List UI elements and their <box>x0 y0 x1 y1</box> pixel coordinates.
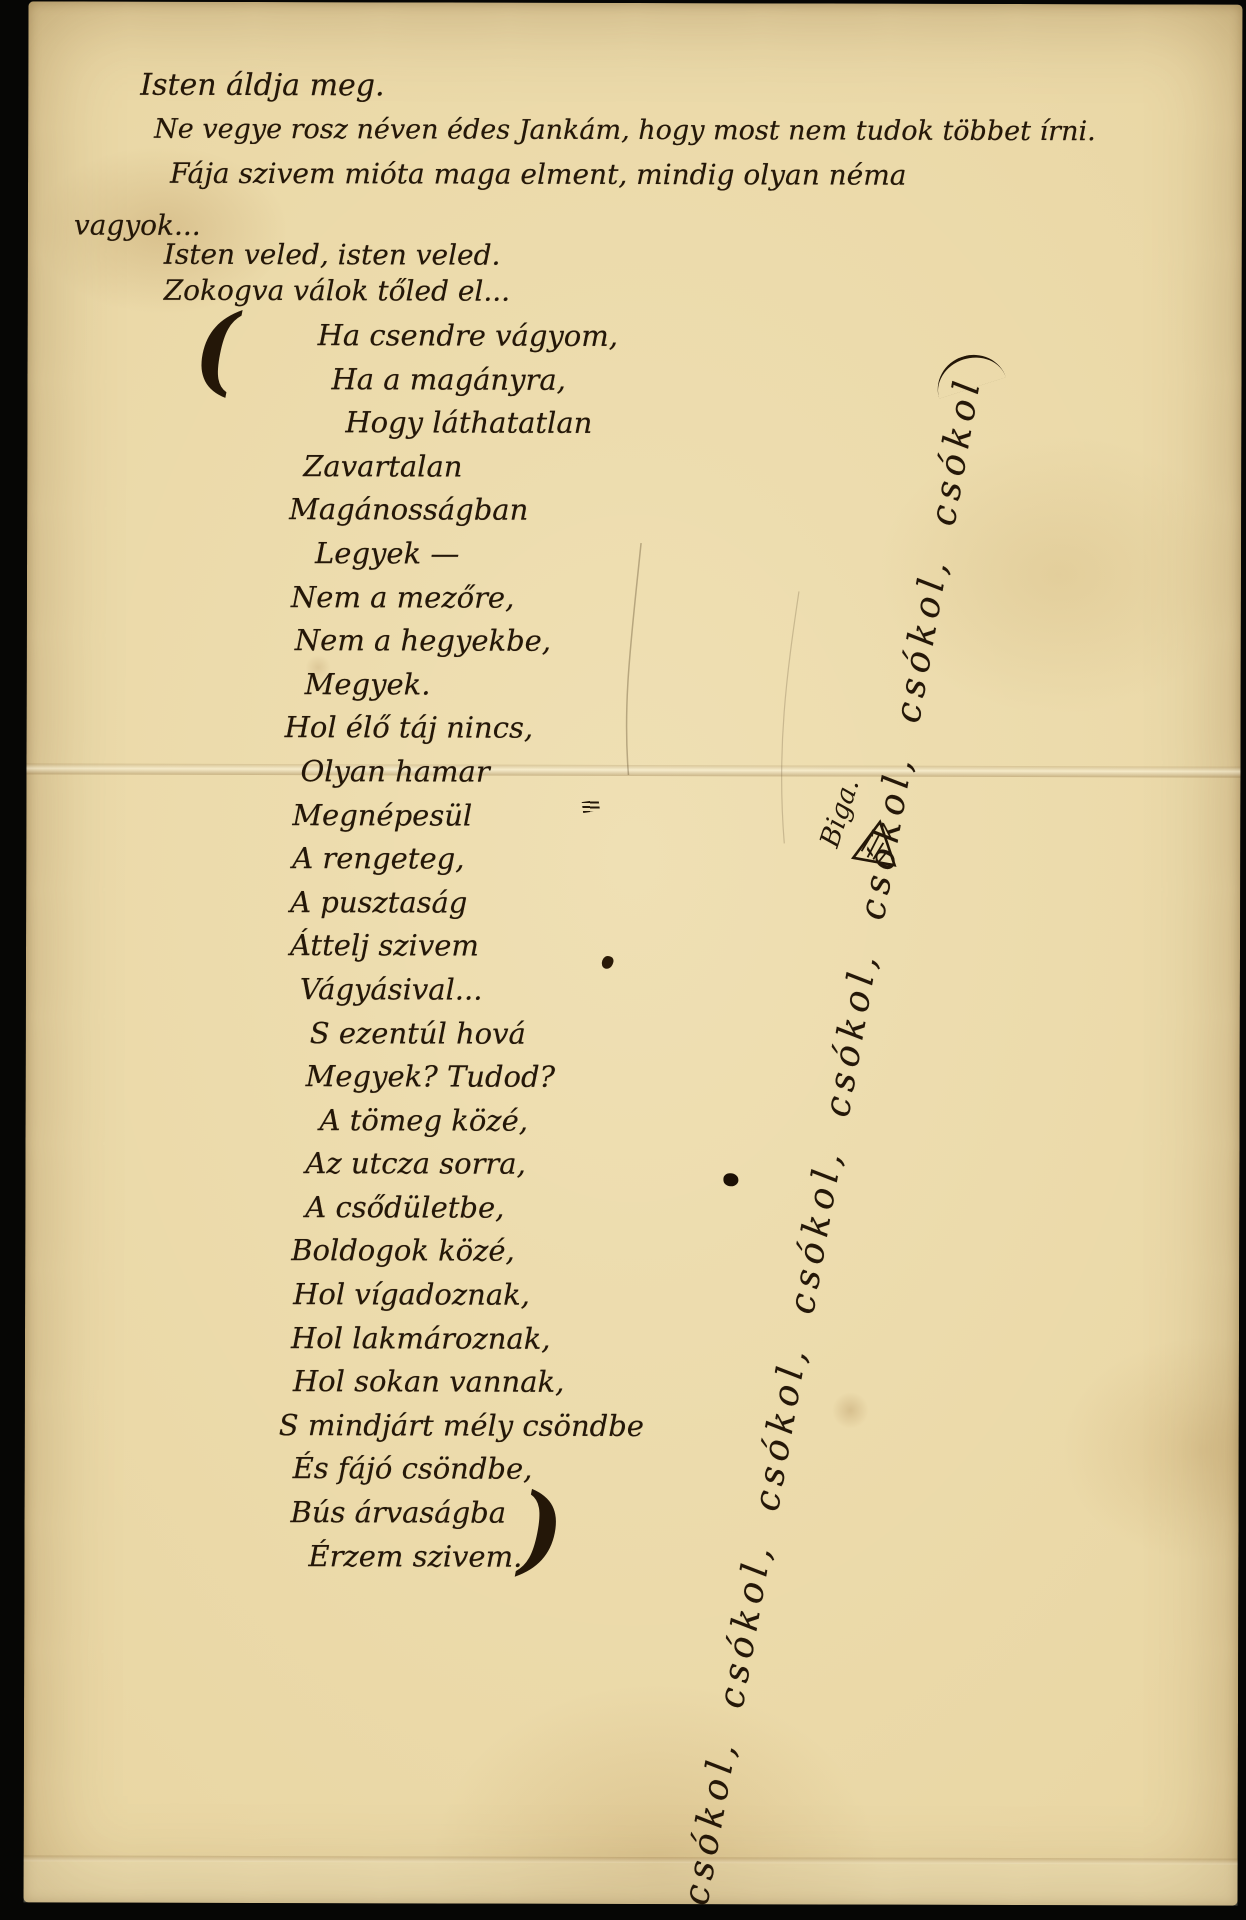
poem-line: Ha csendre vágyom, <box>318 314 647 358</box>
ink-blot <box>723 1173 738 1186</box>
letter-line: Isten áldja meg. <box>140 68 384 104</box>
poem-line: Áttelj szivem <box>290 924 645 969</box>
letter-paper: Isten áldja meg. Ne vegye rosz néven éde… <box>24 1 1243 1905</box>
signature-block: Biga. <box>804 771 934 891</box>
letter-line: Isten veled, isten veled. <box>164 238 501 272</box>
poem-line: Megyek. <box>305 663 646 707</box>
poem-line: Olyan hamar <box>300 750 645 794</box>
letter-line: Ne vegye rosz néven édes Jankám, hogy mo… <box>154 114 1096 147</box>
poem-line: A pusztaság <box>290 881 645 926</box>
poem-line: Hogy láthatatlan <box>345 401 646 445</box>
poem-line: Nem a hegyekbe, <box>295 619 646 664</box>
poem-line: S ezentúl hová <box>310 1012 645 1056</box>
poem-line: Ha a magányra, <box>331 358 646 402</box>
poem-line: És fájó csöndbe, <box>293 1448 644 1493</box>
bottom-paper-edge <box>24 1861 1238 1905</box>
letter-line: Fája szivem mióta maga elment, mindig ol… <box>170 157 907 192</box>
poem-line: Bús árvaságba <box>290 1491 643 1536</box>
poem-line: A tömeg közé, <box>320 1099 645 1143</box>
opening-parenthesis: ( <box>193 302 239 398</box>
poem-line: Vágyásival... <box>300 968 645 1012</box>
scan-backdrop: Isten áldja meg. Ne vegye rosz néven éde… <box>0 0 1246 1920</box>
poem-line: Legyek — <box>315 532 646 576</box>
poem-line: Hol sokan vannak, <box>293 1360 644 1405</box>
poem-line: Magánosságban <box>289 488 646 533</box>
poem-line: Hol élő táj nincs, <box>285 706 646 751</box>
crossed-out-scribble <box>582 800 600 813</box>
poem-line: A csődületbe, <box>305 1186 644 1230</box>
poem-line: Boldogok közé, <box>291 1230 644 1275</box>
poem-block: Ha csendre vágyom, Ha a magányra, Hogy l… <box>272 314 647 1579</box>
poem-line: Hol lakmároznak, <box>291 1317 644 1362</box>
poem-line: A rengeteg, <box>292 837 645 882</box>
poem-line: Az utcza sorra, <box>305 1142 644 1186</box>
poem-line: Hol vígadoznak, <box>293 1273 644 1318</box>
poem-line: Érzem szivem. <box>308 1535 643 1579</box>
poem-line: S mindjárt mély csöndbe <box>279 1404 644 1449</box>
triangle-doodle-icon <box>846 813 906 871</box>
poem-line: Megyek? Tudod? <box>306 1055 645 1099</box>
margin-kisses-text: csókol, csókol, csókol, csókol, csókol, … <box>676 228 1016 1909</box>
poem-line: Zavartalan <box>303 445 646 489</box>
poem-line: Nem a mezőre, <box>291 576 646 621</box>
